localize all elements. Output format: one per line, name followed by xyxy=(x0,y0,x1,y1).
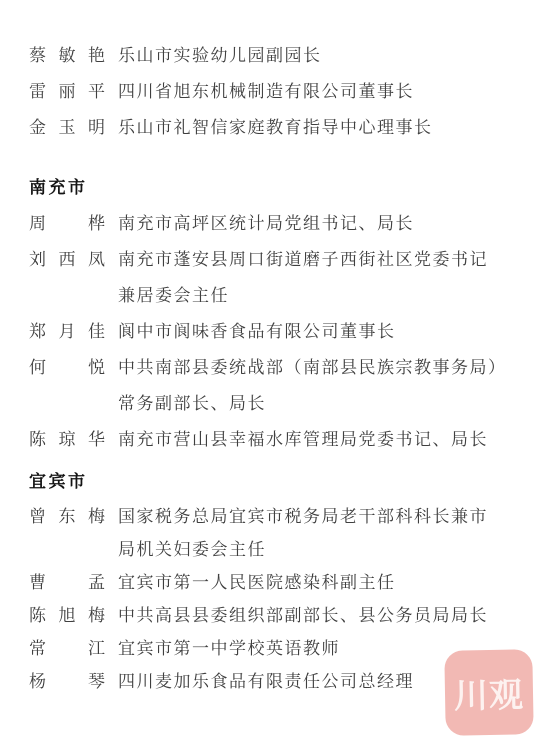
entry-name: 刘西凤 xyxy=(29,242,105,278)
entry-name: 雷丽平 xyxy=(29,74,105,110)
entry-name: 杨 琴 xyxy=(29,665,105,698)
entry-description: 乐山市礼智信家庭教育指导中心理事长 xyxy=(118,110,433,146)
entry-line: 国家税务总局宜宾市税务局老干部科科长兼市 xyxy=(118,500,488,533)
entry-description: 阆中市阆味香食品有限公司董事长 xyxy=(118,314,396,350)
entry-list-top: 蔡敏艳乐山市实验幼儿园副园长雷丽平四川省旭东机械制造有限公司董事长金玉明乐山市礼… xyxy=(29,38,534,146)
entry-row: 陈琼华南充市营山县幸福水库管理局党委书记、局长 xyxy=(29,422,534,458)
entry-name: 陈琼华 xyxy=(29,422,105,458)
entry-line: 阆中市阆味香食品有限公司董事长 xyxy=(118,314,396,350)
entry-row: 郑月佳阆中市阆味香食品有限公司董事长 xyxy=(29,314,534,350)
entry-name: 金玉明 xyxy=(29,110,105,146)
entry-list: 周 桦南充市高坪区统计局党组书记、局长刘西凤南充市蓬安县周口街道磨子西街社区党委… xyxy=(29,206,534,458)
entry-name: 陈旭梅 xyxy=(29,599,105,632)
entry-line: 南充市高坪区统计局党组书记、局长 xyxy=(118,206,414,242)
entry-description: 宜宾市第一中学校英语教师 xyxy=(118,632,340,665)
entry-line: 四川麦加乐食品有限责任公司总经理 xyxy=(118,665,414,698)
section-title: 宜宾市 xyxy=(29,464,534,500)
section-nanchong: 南充市 周 桦南充市高坪区统计局党组书记、局长刘西凤南充市蓬安县周口街道磨子西街… xyxy=(29,170,534,458)
document-page: 蔡敏艳乐山市实验幼儿园副园长雷丽平四川省旭东机械制造有限公司董事长金玉明乐山市礼… xyxy=(0,0,534,698)
entry-line: 乐山市礼智信家庭教育指导中心理事长 xyxy=(118,110,433,146)
watermark-label: 川观 xyxy=(454,667,525,717)
entry-name: 常 江 xyxy=(29,632,105,665)
entry-row: 陈旭梅中共高县县委组织部副部长、县公务员局局长 xyxy=(29,599,534,632)
entry-line: 南充市蓬安县周口街道磨子西街社区党委书记 xyxy=(118,242,488,278)
entry-description: 南充市营山县幸福水库管理局党委书记、局长 xyxy=(118,422,488,458)
entry-name: 蔡敏艳 xyxy=(29,38,105,74)
entry-description: 宜宾市第一人民医院感染科副主任 xyxy=(118,566,396,599)
entry-line: 四川省旭东机械制造有限公司董事长 xyxy=(118,74,414,110)
entry-description: 中共南部县委统战部（南部县民族宗教事务局）常务副部长、局长 xyxy=(118,350,507,422)
entry-description: 乐山市实验幼儿园副园长 xyxy=(118,38,322,74)
entry-line: 局机关妇委会主任 xyxy=(118,533,488,566)
entry-line: 兼居委会主任 xyxy=(118,278,488,314)
entry-row: 金玉明乐山市礼智信家庭教育指导中心理事长 xyxy=(29,110,534,146)
entry-name: 郑月佳 xyxy=(29,314,105,350)
entry-row: 何 悦中共南部县委统战部（南部县民族宗教事务局）常务副部长、局长 xyxy=(29,350,534,422)
entry-description: 中共高县县委组织部副部长、县公务员局局长 xyxy=(118,599,488,632)
entry-row: 曹 孟宜宾市第一人民医院感染科副主任 xyxy=(29,566,534,599)
entry-description: 国家税务总局宜宾市税务局老干部科科长兼市局机关妇委会主任 xyxy=(118,500,488,566)
entry-line: 宜宾市第一中学校英语教师 xyxy=(118,632,340,665)
entry-name: 曾东梅 xyxy=(29,500,105,533)
entry-description: 四川麦加乐食品有限责任公司总经理 xyxy=(118,665,414,698)
entry-row: 曾东梅国家税务总局宜宾市税务局老干部科科长兼市局机关妇委会主任 xyxy=(29,500,534,566)
chuanguan-watermark: 川观 xyxy=(444,649,533,736)
entry-line: 中共南部县委统战部（南部县民族宗教事务局） xyxy=(118,350,507,386)
entry-line: 宜宾市第一人民医院感染科副主任 xyxy=(118,566,396,599)
entry-name: 曹 孟 xyxy=(29,566,105,599)
entry-line: 中共高县县委组织部副部长、县公务员局局长 xyxy=(118,599,488,632)
entry-row: 蔡敏艳乐山市实验幼儿园副园长 xyxy=(29,38,534,74)
entry-name: 周 桦 xyxy=(29,206,105,242)
entry-line: 常务副部长、局长 xyxy=(118,386,507,422)
entry-description: 南充市高坪区统计局党组书记、局长 xyxy=(118,206,414,242)
entry-row: 雷丽平四川省旭东机械制造有限公司董事长 xyxy=(29,74,534,110)
entry-name: 何 悦 xyxy=(29,350,105,386)
entry-line: 乐山市实验幼儿园副园长 xyxy=(118,38,322,74)
entry-description: 南充市蓬安县周口街道磨子西街社区党委书记兼居委会主任 xyxy=(118,242,488,314)
entry-row: 刘西凤南充市蓬安县周口街道磨子西街社区党委书记兼居委会主任 xyxy=(29,242,534,314)
entry-row: 周 桦南充市高坪区统计局党组书记、局长 xyxy=(29,206,534,242)
entry-description: 四川省旭东机械制造有限公司董事长 xyxy=(118,74,414,110)
entry-line: 南充市营山县幸福水库管理局党委书记、局长 xyxy=(118,422,488,458)
section-title: 南充市 xyxy=(29,170,534,206)
